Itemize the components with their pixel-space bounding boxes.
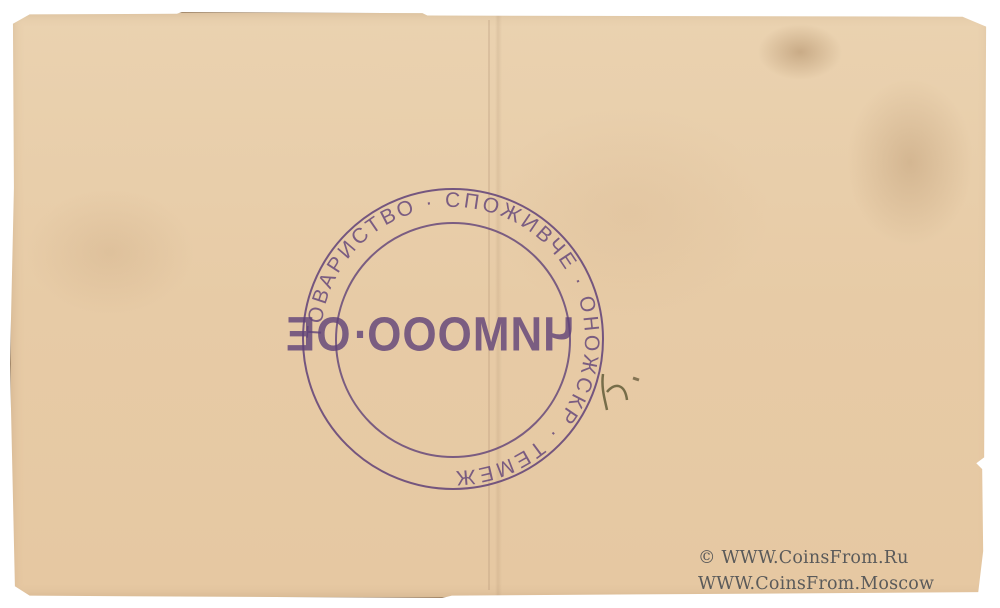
handwritten-mark-icon: [595, 370, 655, 420]
watermark-line-1: © WWW.CoinsFrom.Ru: [698, 548, 909, 568]
stamp-center-text: ЧИМООО·ОЕ: [338, 308, 574, 363]
watermark-line-2: WWW.CoinsFrom.Moscow: [698, 574, 934, 594]
